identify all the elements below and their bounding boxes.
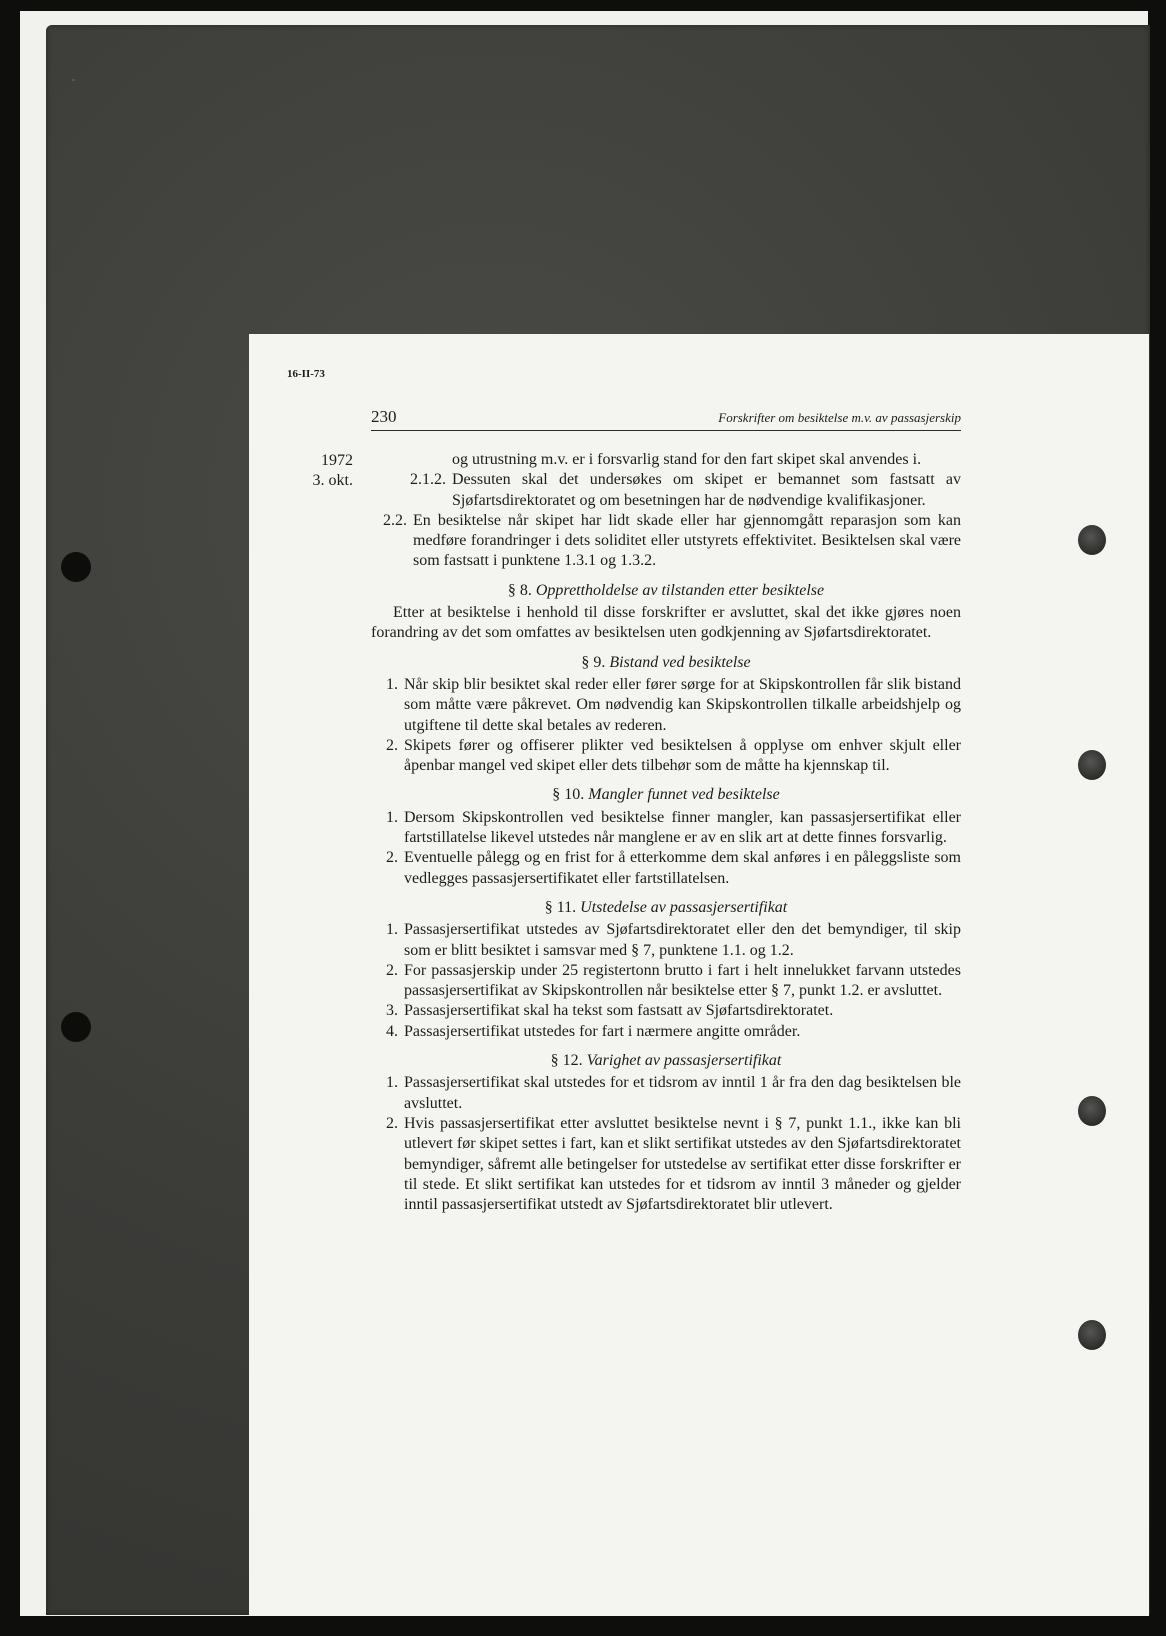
punch-hole-right-3 — [1078, 1096, 1106, 1126]
item-text: Dersom Skipskontrollen ved besiktelse fi… — [404, 808, 961, 849]
item-text: Passasjersertifikat skal ha tekst som fa… — [404, 1001, 961, 1021]
item-text: En besiktelse når skipet har lidt skade … — [413, 511, 961, 572]
punch-hole-right-2 — [1078, 750, 1106, 780]
item-number: 1. — [371, 808, 404, 849]
item-text: Dessuten skal det undersøkes om skipet e… — [452, 470, 961, 511]
list-item: 2. Skipets fører og offiserer plikter ve… — [371, 736, 961, 777]
list-item: 2. Hvis passasjersertifikat etter avslut… — [371, 1114, 961, 1215]
body-text: og utrustning m.v. er i forsvarlig stand… — [371, 450, 961, 1215]
item-number: 1. — [371, 1073, 404, 1114]
punch-hole-right-4 — [1078, 1320, 1106, 1350]
item-text: Eventuelle pålegg og en frist for å ette… — [404, 848, 961, 889]
item-text: Passasjersertifikat skal utstedes for et… — [404, 1073, 961, 1114]
list-item: 1. Dersom Skipskontrollen ved besiktelse… — [371, 808, 961, 849]
document-page: 16-II-73 230 Forskrifter om besiktelse m… — [249, 334, 1149, 1616]
list-item: 2. For passasjerskip under 25 registerto… — [371, 961, 961, 1002]
list-item: 1. Passasjersertifikat utstedes av Sjøfa… — [371, 920, 961, 961]
section-title: Bistand ved besiktelse — [609, 654, 750, 671]
item-text: Når skip blir besiktet skal reder eller … — [404, 675, 961, 736]
speck — [72, 79, 75, 81]
punch-hole-left-upper — [61, 552, 91, 582]
section-heading-11: § 11. Utstedelse av passasjersertifikat — [371, 898, 961, 918]
item-number: 4. — [371, 1022, 404, 1042]
section-title: Varighet av passasjersertifikat — [587, 1052, 782, 1069]
page-header: 230 Forskrifter om besiktelse m.v. av pa… — [371, 404, 961, 431]
list-item: 1. Passasjersertifikat skal utstedes for… — [371, 1073, 961, 1114]
date-stamp: 16-II-73 — [287, 368, 325, 380]
punch-hole-left-lower — [61, 1012, 91, 1042]
item-text: Skipets fører og offiserer plikter ved b… — [404, 736, 961, 777]
item-number: 1. — [371, 675, 404, 736]
item-text: For passasjerskip under 25 registertonn … — [404, 961, 961, 1002]
item-number: 2.2. — [371, 511, 413, 572]
margin-date: 3. okt. — [293, 471, 353, 491]
list-item: 3. Passasjersertifikat skal ha tekst som… — [371, 1001, 961, 1021]
item-number: 2. — [371, 961, 404, 1002]
continuation-text: og utrustning m.v. er i forsvarlig stand… — [371, 450, 961, 470]
margin-note: 1972 3. okt. — [293, 451, 353, 491]
section-number: § 10. — [552, 786, 584, 803]
section-number: § 12. — [551, 1052, 583, 1069]
section-number: § 9. — [581, 654, 605, 671]
section-title: Opprettholdelse av tilstanden etter besi… — [536, 582, 824, 599]
list-item: 2.1.2. Dessuten skal det undersøkes om s… — [371, 470, 961, 511]
list-item: 1. Når skip blir besiktet skal reder ell… — [371, 675, 961, 736]
item-number: 3. — [371, 1001, 404, 1021]
section-title: Mangler funnet ved besiktelse — [588, 786, 780, 803]
page-number: 230 — [371, 407, 397, 427]
section-number: § 11. — [545, 899, 576, 916]
section-paragraph: Etter at besiktelse i henhold til disse … — [371, 603, 961, 644]
section-heading-9: § 9. Bistand ved besiktelse — [371, 653, 961, 673]
item-text: Passasjersertifikat utstedes av Sjøfarts… — [404, 920, 961, 961]
item-number: 1. — [371, 920, 404, 961]
item-number: 2. — [371, 736, 404, 777]
item-number: 2. — [371, 848, 404, 889]
section-heading-10: § 10. Mangler funnet ved besiktelse — [371, 785, 961, 805]
running-title: Forskrifter om besiktelse m.v. av passas… — [718, 410, 961, 426]
list-item: 2. Eventuelle pålegg og en frist for å e… — [371, 848, 961, 889]
punch-hole-right-1 — [1078, 525, 1106, 555]
section-heading-12: § 12. Varighet av passasjersertifikat — [371, 1051, 961, 1071]
item-text: Passasjersertifikat utstedes for fart i … — [404, 1022, 961, 1042]
item-text: Hvis passasjersertifikat etter avsluttet… — [404, 1114, 961, 1215]
list-item: 4. Passasjersertifikat utstedes for fart… — [371, 1022, 961, 1042]
section-number: § 8. — [508, 582, 532, 599]
margin-year: 1972 — [293, 451, 353, 471]
list-item: 2.2. En besiktelse når skipet har lidt s… — [371, 511, 961, 572]
section-title: Utstedelse av passasjersertifikat — [580, 899, 787, 916]
item-number: 2. — [371, 1114, 404, 1215]
item-number: 2.1.2. — [371, 470, 452, 511]
section-heading-8: § 8. Opprettholdelse av tilstanden etter… — [371, 581, 961, 601]
